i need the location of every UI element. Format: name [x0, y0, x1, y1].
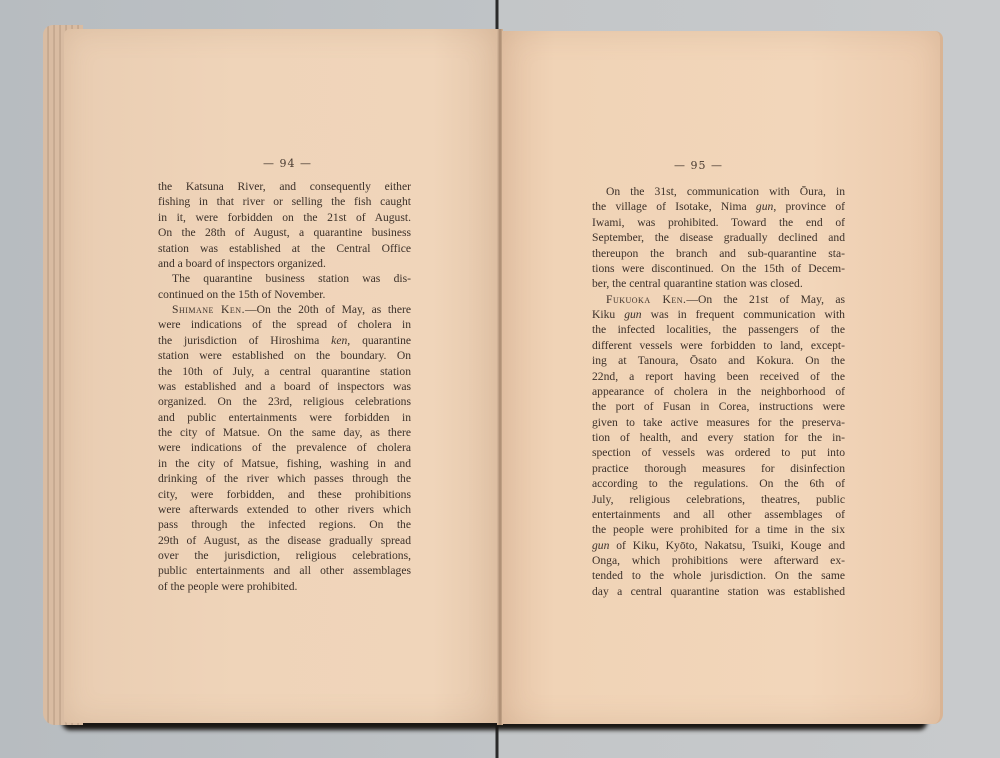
- text-line: gun of Kiku, Kyōto, Nakatsu, Tsuiki, Kou…: [592, 538, 845, 553]
- text-line: and public entertainments were forbidden…: [158, 410, 411, 425]
- text-line: of the people were prohibited.: [158, 579, 411, 594]
- text-line: the Katsuna River, and consequently eith…: [158, 179, 411, 194]
- text-line: organized. On the 23rd, religious celebr…: [158, 394, 411, 409]
- text-line: the 10th of July, a central quarantine s…: [158, 364, 411, 379]
- text-line: The quarantine business station was dis-: [158, 271, 411, 286]
- text-line: tion of health, and every station for th…: [592, 430, 845, 445]
- text-line: ing at Tanoura, Ōsato and Kokura. On the: [592, 353, 845, 368]
- text-line: the port of Fusan in Corea, instructions…: [592, 399, 845, 414]
- text-line: station were established on the boundary…: [158, 348, 411, 363]
- text-line: fishing in that river or selling the fis…: [158, 194, 411, 209]
- text-line: appearance of cholera in the neighborhoo…: [592, 384, 845, 399]
- text-line: in the city of Matsue, fishing, washing …: [158, 456, 411, 471]
- text-line: Iwami, was prohibited. Toward the end of: [592, 215, 845, 230]
- text-line: Fukuoka Ken.—On the 21st of May, as: [592, 292, 845, 307]
- text-line: given to take active measures for the pr…: [592, 415, 845, 430]
- text-line: different vessels were forbidden to land…: [592, 338, 845, 353]
- text-line: Kiku gun was in frequent communication w…: [592, 307, 845, 322]
- left-page-body: the Katsuna River, and consequently eith…: [158, 179, 411, 594]
- text-line: 29th of August, as the disease gradually…: [158, 533, 411, 548]
- text-line: pass through the infected regions. On th…: [158, 517, 411, 532]
- text-line: Shimane Ken.—On the 20th of May, as ther…: [158, 302, 411, 317]
- text-line: station was established at the Central O…: [158, 241, 411, 256]
- text-line: spection of vessels was ordered to put i…: [592, 445, 845, 460]
- right-page: — 95 — On the 31st, communication with Ō…: [502, 31, 943, 724]
- text-line: continued on the 15th of November.: [158, 287, 411, 302]
- text-line: On the 28th of August, a quarantine busi…: [158, 225, 411, 240]
- text-line: the jurisdiction of Hiroshima ken, quara…: [158, 333, 411, 348]
- text-line: tions were discontinued. On the 15th of …: [592, 261, 845, 276]
- text-line: over the jurisdiction, religious celebra…: [158, 548, 411, 563]
- section-heading: Shimane Ken.: [172, 303, 245, 316]
- page-number-left: — 94 —: [263, 157, 312, 170]
- left-page: — 94 — the Katsuna River, and consequent…: [64, 29, 498, 723]
- text-line: tended to the whole jurisdiction. On the…: [592, 568, 845, 583]
- text-line: the people were prohibited for a time in…: [592, 522, 845, 537]
- page-number-right: — 95 —: [674, 159, 723, 172]
- text-line: Onga, which prohibitions were afterward …: [592, 553, 845, 568]
- text-line: practice thorough measures for disinfect…: [592, 461, 845, 476]
- text-line: ber, the central quarantine station was …: [592, 276, 845, 291]
- text-line: the village of Isotake, Nima gun, provin…: [592, 199, 845, 214]
- text-line: day a central quarantine station was est…: [592, 584, 845, 599]
- section-heading: Fukuoka Ken.: [606, 293, 686, 306]
- text-line: were indications of the prevalence of ch…: [158, 440, 411, 455]
- text-line: On the 31st, communication with Ōura, in: [592, 184, 845, 199]
- text-line: September, the disease gradually decline…: [592, 230, 845, 245]
- text-line: public entertainments and all other asse…: [158, 563, 411, 578]
- text-line: the city of Matsue. On the same day, as …: [158, 425, 411, 440]
- text-line: the infected localities, the passengers …: [592, 322, 845, 337]
- text-line: were indications of the spread of choler…: [158, 317, 411, 332]
- text-line: July, religious celebrations, theatres, …: [592, 492, 845, 507]
- right-page-body: On the 31st, communication with Ōura, in…: [592, 184, 845, 599]
- text-line: was established and a board of inspector…: [158, 379, 411, 394]
- text-line: were afterwards extended to other rivers…: [158, 502, 411, 517]
- text-line: and a board of inspectors organized.: [158, 256, 411, 271]
- text-line: 22nd, a report having been received of t…: [592, 369, 845, 384]
- text-line: thereupon the branch and sub-quarantine …: [592, 246, 845, 261]
- text-line: drinking of the river which passes throu…: [158, 471, 411, 486]
- text-line: according to the regulations. On the 6th…: [592, 476, 845, 491]
- text-line: entertainments and all other assemblages…: [592, 507, 845, 522]
- text-line: city, were forbidden, and these prohibit…: [158, 487, 411, 502]
- text-line: in it, were forbidden on the 21st of Aug…: [158, 210, 411, 225]
